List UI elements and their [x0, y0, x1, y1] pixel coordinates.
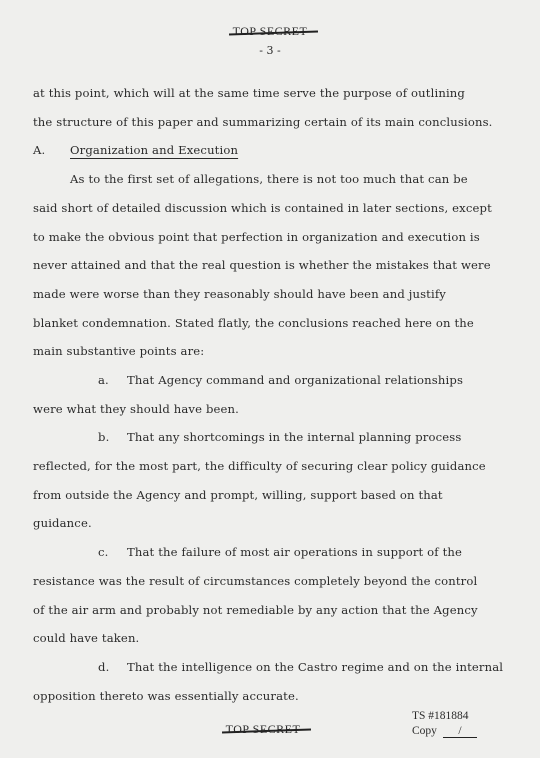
text-line: never attained and that the real questio… — [33, 258, 491, 272]
section-heading: Organization and Execution — [70, 143, 238, 157]
item-text: That the intelligence on the Castro regi… — [127, 660, 503, 674]
item-text: That Agency command and organizational r… — [127, 373, 463, 387]
text-line: to make the obvious point that perfectio… — [33, 230, 480, 244]
item-text: reflected, for the most part, the diffic… — [33, 459, 486, 473]
item-text: from outside the Agency and prompt, will… — [33, 488, 443, 502]
item-label: a. — [98, 373, 109, 387]
text-line: said short of detailed discussion which … — [33, 201, 492, 215]
item-text: were what they should have been. — [33, 402, 239, 416]
section-letter: A. — [33, 143, 45, 157]
header-classification-stamp: TOP SECRET — [0, 24, 540, 39]
text-line: at this point, which will at the same ti… — [33, 86, 465, 100]
item-text: guidance. — [33, 516, 92, 530]
item-text: opposition thereto was essentially accur… — [33, 689, 299, 703]
item-label: c. — [98, 545, 108, 559]
page-number: - 3 - — [0, 44, 540, 57]
text-line: main substantive points are: — [33, 344, 204, 358]
text-line: made were worse than they reasonably sho… — [33, 287, 446, 301]
text-line: blanket condemnation. Stated flatly, the… — [33, 316, 474, 330]
copy-number: Copy/ — [412, 725, 477, 738]
item-label: d. — [98, 660, 109, 674]
item-text: That any shortcomings in the internal pl… — [127, 430, 461, 444]
item-text: That the failure of most air operations … — [127, 545, 462, 559]
item-text: of the air arm and probably not remediab… — [33, 603, 478, 617]
item-label: b. — [98, 430, 109, 444]
item-text: could have taken. — [33, 631, 139, 645]
item-text: resistance was the result of circumstanc… — [33, 574, 477, 588]
document-page: TOP SECRET - 3 - at this point, which wi… — [0, 0, 540, 758]
text-line: As to the first set of allegations, ther… — [70, 172, 468, 186]
control-number: TS #181884 — [412, 710, 469, 722]
text-line: the structure of this paper and summariz… — [33, 115, 493, 129]
